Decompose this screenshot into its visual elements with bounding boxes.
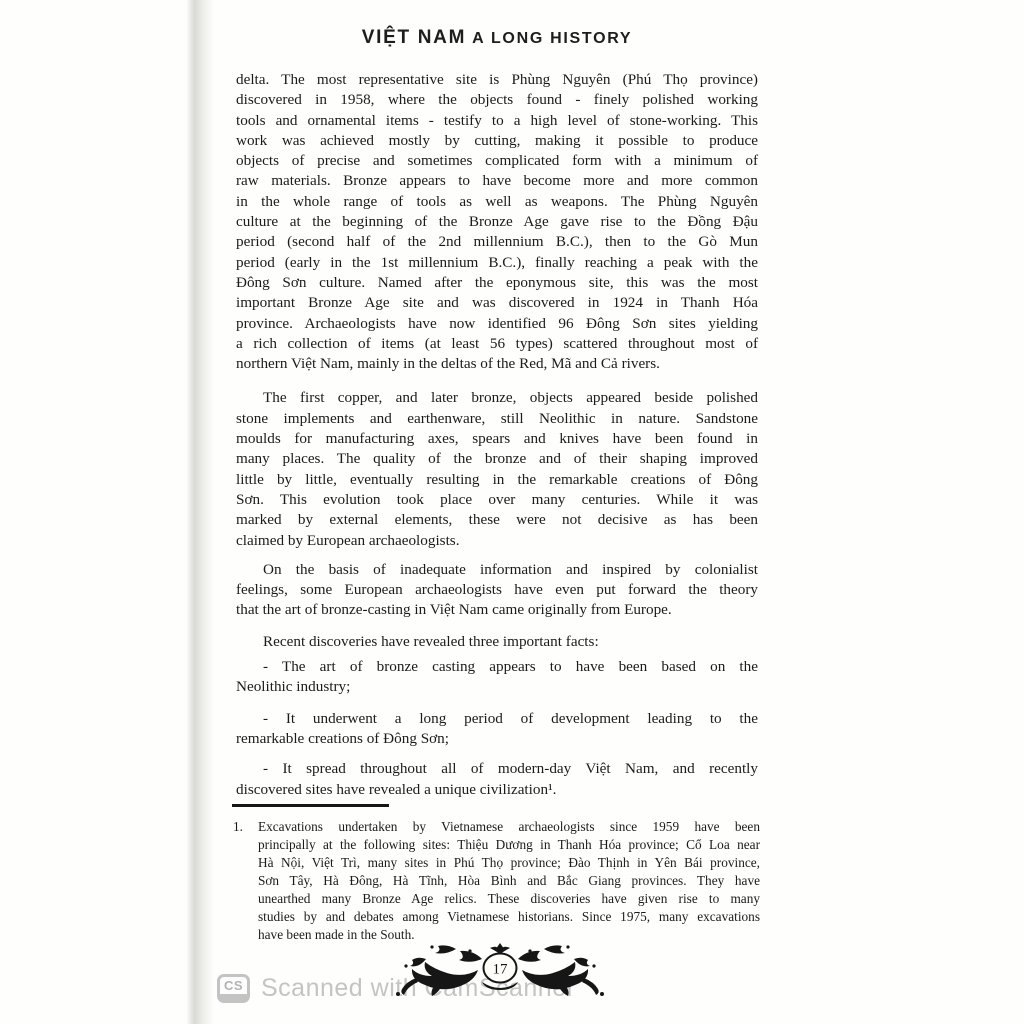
text-line: marked by external elements, these were … — [236, 510, 758, 530]
text-line: objects of precise and sometimes complic… — [236, 151, 758, 171]
text-line: feelings, some European archaeologists h… — [236, 580, 758, 600]
text-line: Neolithic industry; — [236, 677, 758, 697]
footnote-divider — [232, 804, 389, 807]
text-line: in the whole range of tools as well as w… — [236, 192, 758, 212]
text-line: period (early in the 1st millennium B.C.… — [236, 253, 758, 273]
book-title-main: VIỆT NAM — [362, 27, 466, 48]
paragraph: Recent discoveries have revealed three i… — [236, 632, 758, 652]
list-item: - The art of bronze casting appears to h… — [236, 657, 758, 698]
page-number: 17 — [493, 962, 509, 978]
text-line: little by little, eventually resulting i… — [236, 470, 758, 490]
text-line: province. Archaeologists have now identi… — [236, 314, 758, 334]
footnote-text: Excavations undertaken by Vietnamese arc… — [258, 818, 760, 944]
body-text: delta. The most representative site is P… — [236, 70, 758, 800]
text-line: unearthed many Bronze Age relics. These … — [258, 890, 760, 908]
floral-ornament-icon: 17 — [378, 942, 622, 1000]
running-head: VIỆT NAMA LONG HISTORY — [236, 27, 758, 49]
text-line: a rich collection of items (at least 56 … — [236, 334, 758, 354]
paragraph: delta. The most representative site is P… — [236, 70, 758, 374]
text-line: Sơn. This evolution took place over many… — [236, 490, 758, 510]
text-line: important Bronze Age site and was discov… — [236, 293, 758, 313]
text-line: On the basis of inadequate information a… — [236, 560, 758, 580]
text-line: culture at the beginning of the Bronze A… — [236, 212, 758, 232]
text-line: Excavations undertaken by Vietnamese arc… — [258, 818, 760, 836]
text-line: many places. The quality of the bronze a… — [236, 449, 758, 469]
text-line: The first copper, and later bronze, obje… — [236, 388, 758, 408]
text-line: work was achieved mostly by cutting, mak… — [236, 131, 758, 151]
text-line: Hà Nội, Việt Trì, many sites in Phú Thọ … — [258, 854, 760, 872]
footnote-number: 1. — [233, 818, 258, 944]
scanned-book-page: VIỆT NAMA LONG HISTORY delta. The most r… — [0, 0, 1024, 1024]
paragraph: On the basis of inadequate information a… — [236, 560, 758, 621]
text-line: remarkable creations of Đông Sơn; — [236, 729, 758, 749]
text-line: moulds for manufacturing axes, spears an… — [236, 429, 758, 449]
text-line: delta. The most representative site is P… — [236, 70, 758, 90]
text-line: Sơn Tây, Hà Đông, Hà Tĩnh, Hòa Bình and … — [258, 872, 760, 890]
camscanner-logo-icon: CS — [217, 974, 250, 1003]
text-line: that the art of bronze-casting in Việt N… — [236, 600, 758, 620]
text-line: Recent discoveries have revealed three i… — [236, 632, 758, 652]
camscanner-logo-label: CS — [220, 978, 247, 993]
text-line: discovered in 1958, where the objects fo… — [236, 90, 758, 110]
text-line: tools and ornamental items - testify to … — [236, 111, 758, 131]
camscanner-logo-bar — [219, 994, 248, 1002]
text-line: - It underwent a long period of developm… — [236, 709, 758, 729]
text-line: studies by and debates among Vietnamese … — [258, 908, 760, 926]
scan-edge-shadow — [186, 0, 214, 1024]
text-line: Đông Sơn culture. Named after the eponym… — [236, 273, 758, 293]
paragraph: The first copper, and later bronze, obje… — [236, 388, 758, 550]
text-line: claimed by European archaeologists. — [236, 531, 758, 551]
text-line: period (second half of the 2nd millenniu… — [236, 232, 758, 252]
text-line: principally at the following sites: Thiệ… — [258, 836, 760, 854]
text-line: stone implements and earthenware, still … — [236, 409, 758, 429]
book-title-sub: A LONG HISTORY — [472, 30, 632, 47]
list-item: - It underwent a long period of developm… — [236, 709, 758, 750]
text-line: - It spread throughout all of modern-day… — [236, 759, 758, 779]
text-line: raw materials. Bronze appears to have be… — [236, 171, 758, 191]
text-line: discovered sites have revealed a unique … — [236, 780, 758, 800]
text-line: - The art of bronze casting appears to h… — [236, 657, 758, 677]
text-line: northern Việt Nam, mainly in the deltas … — [236, 354, 758, 374]
footnote: 1. Excavations undertaken by Vietnamese … — [233, 818, 760, 944]
list-item: - It spread throughout all of modern-day… — [236, 759, 758, 800]
